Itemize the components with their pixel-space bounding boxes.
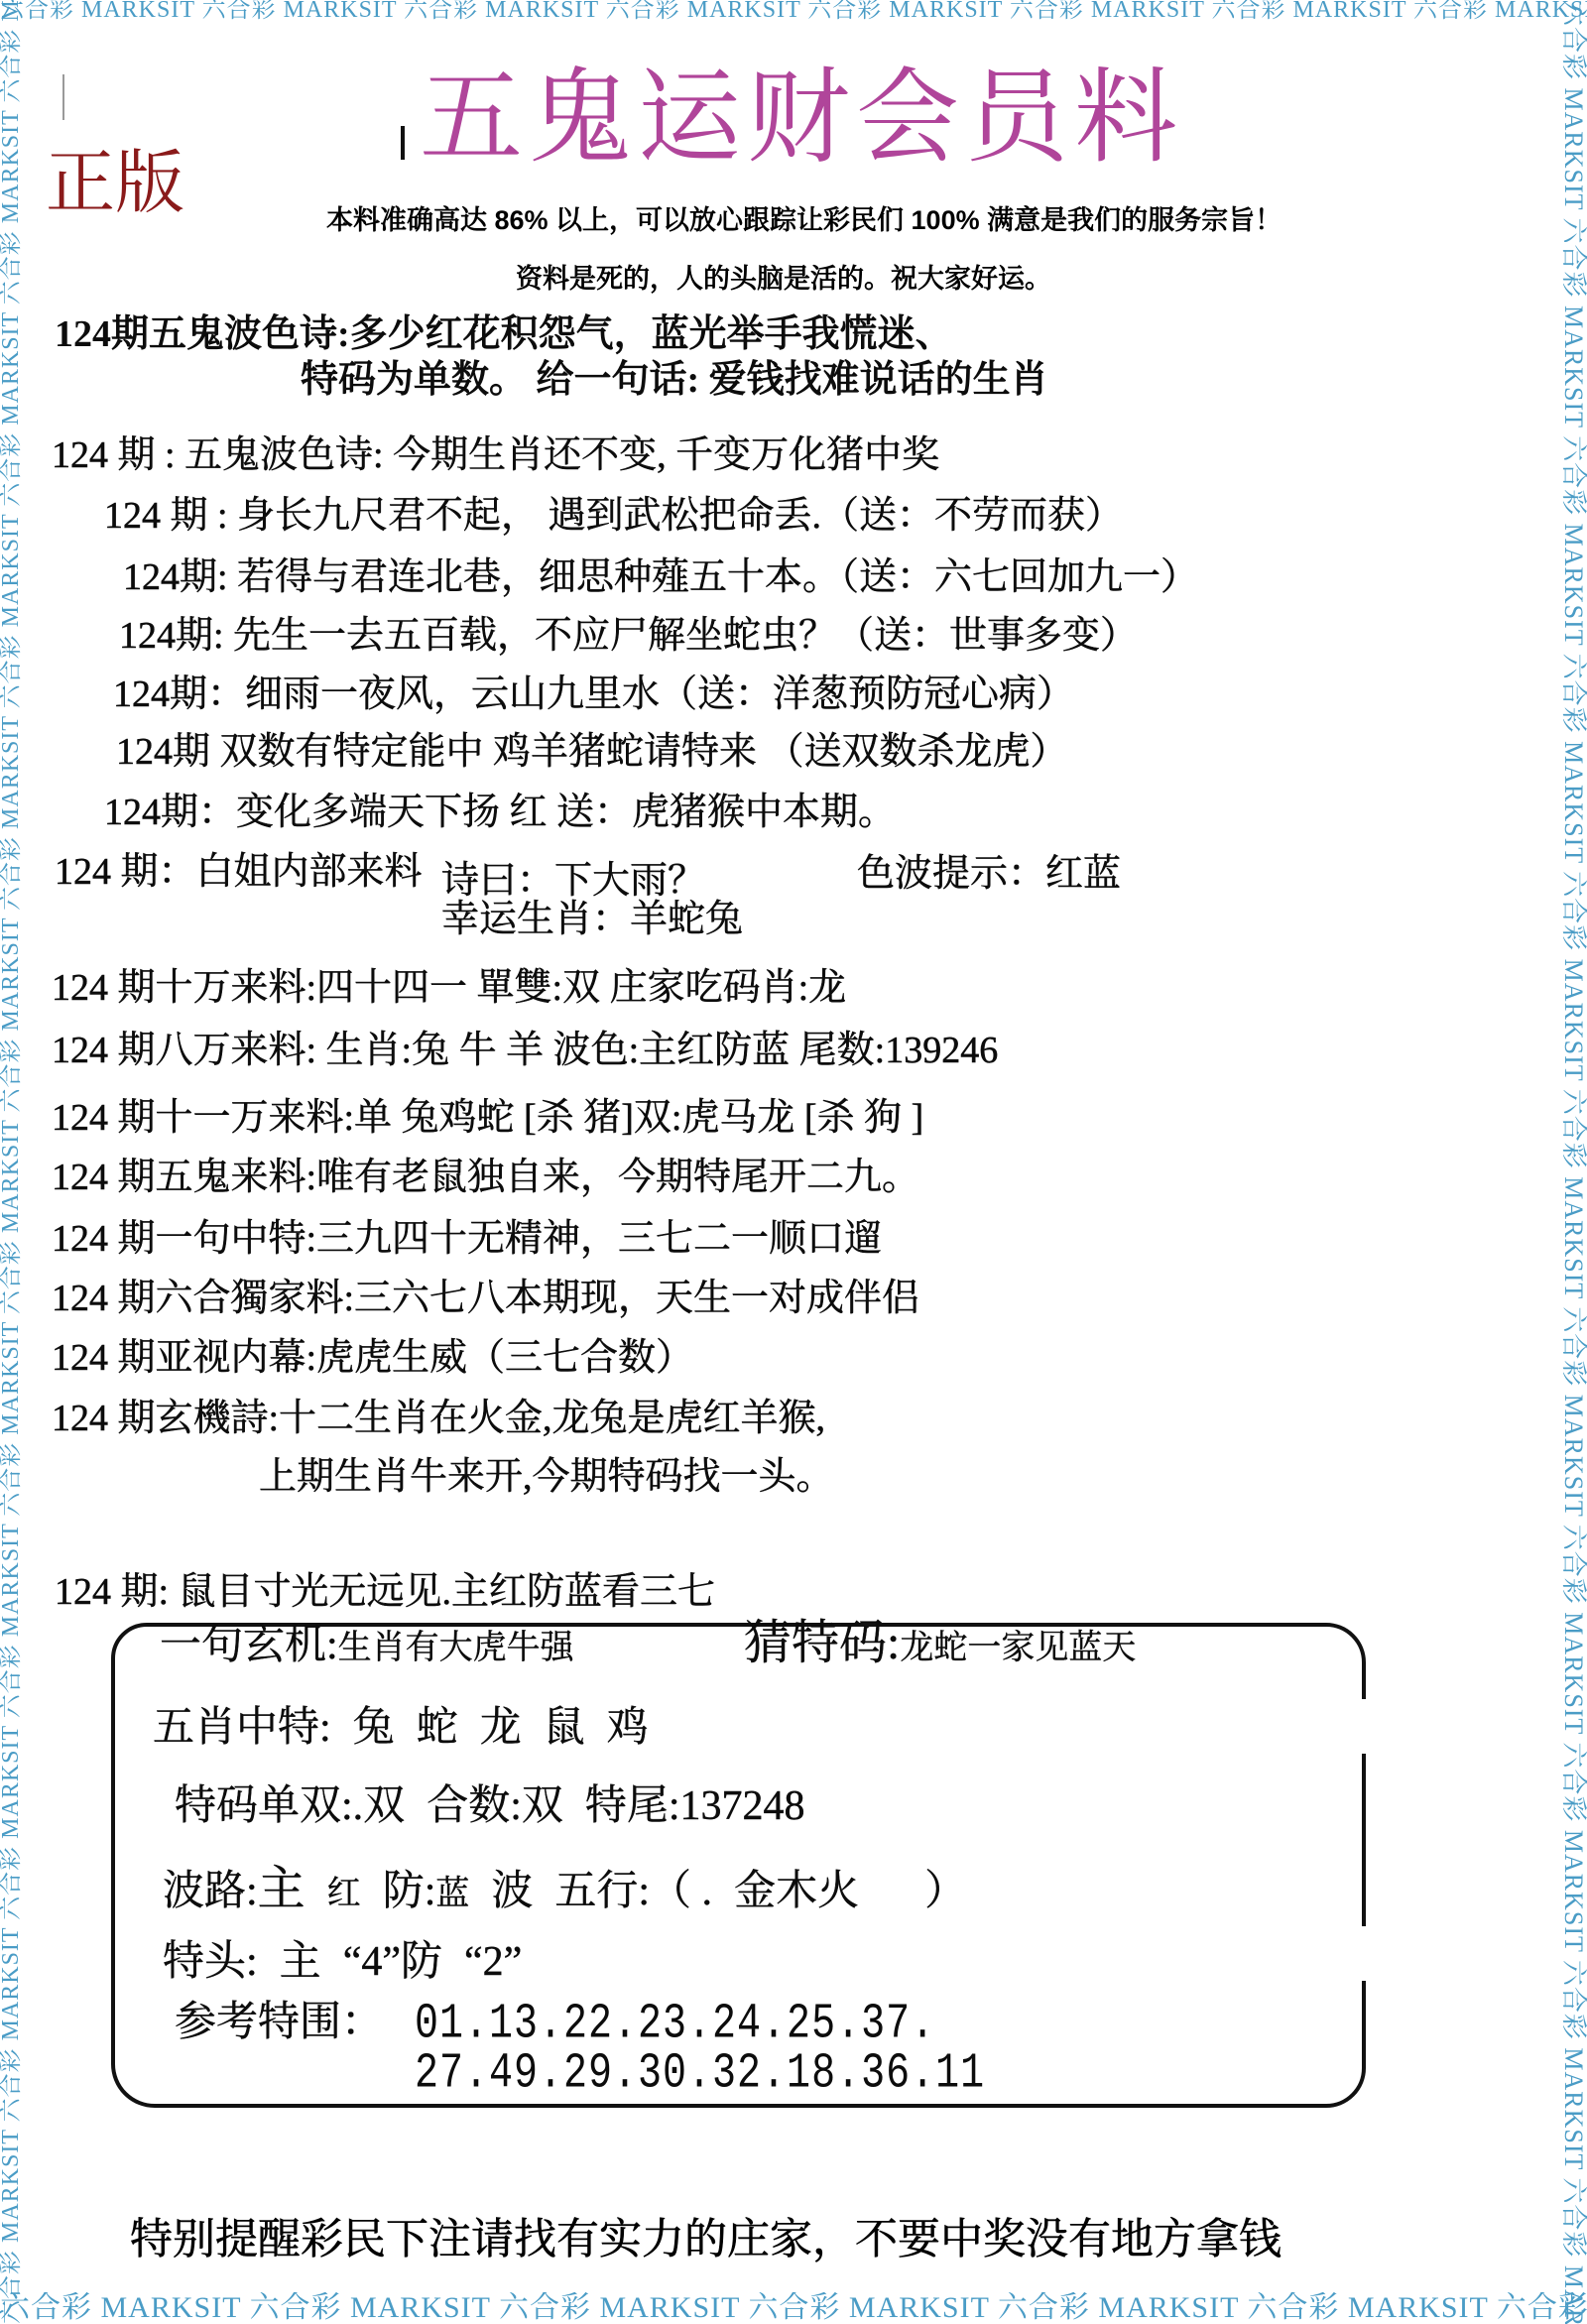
box-wave: 波路:主红防:蓝波五行:（ .金木火） [163,1865,966,1919]
entry-liuhe-exclusive: 124 期六合獨家料:三六七八本期现，天生一对成伴侣 [52,1277,919,1320]
watermark-border-bottom: 六合彩 MARKSIT 六合彩 MARKSIT 六合彩 MARKSIT 六合彩 … [0,2292,1587,2324]
zodiac-item: 龙 [480,1705,522,1751]
watermark-border-left: 六合彩 MARKSIT 六合彩 MARKSIT 六合彩 MARKSIT 六合彩 … [0,0,22,2324]
hint-value: 生肖有大虎牛强 [338,1630,574,1666]
entry-110k-source: 124 期十一万来料:单 兔鸡蛇 [杀 猪]双:虎马龙 [杀 狗 ] [52,1096,923,1140]
entry-baijie-source: 124 期：白姐内部来料 [55,850,423,894]
entry-mystery-poem: 124 期玄機詩:十二生肖在火金,龙兔是虎红羊猴, [52,1397,825,1440]
box-head: 特头:主“4”防“2” [163,1937,522,1987]
entry-one-sentence: 124 期一句中特:三九四十无精神，三七二一顺口遛 [52,1217,882,1261]
zodiac-item: 鸡 [607,1705,649,1751]
entry-wugui-poem-continuation: 特码为单数。 给一句话: 爱钱找难说话的生肖 [301,358,1048,402]
entry-80k-source: 124 期八万来料: 生肖:兔 牛 羊 波色:主红防蓝 尾数:139246 [52,1029,998,1072]
page-title: 五鬼运财会员料 [420,61,1183,177]
entry-riddle-3: 124期: 先生一去五百载，不应尸解坐蛇虫？（送：世事多变） [119,614,1138,658]
elements-value: 金木火 [734,1869,859,1914]
guess-label: 猜特码: [744,1617,900,1669]
entry-wugui-source: 124 期五鬼来料:唯有老鼠独自来，今期特尾开二九。 [52,1156,919,1199]
entry-riddle-6: 124期：变化多端天下扬 红 送：虎猪猴中本期。 [104,791,896,834]
wave-guard-label: 防: [383,1869,436,1914]
entry-wugui-poem: 124期五鬼波色诗:多少红花积怨气，蓝光举手我慌迷、 [55,312,953,356]
sum-value: 双 [522,1783,563,1829]
five-zodiac-label: 五肖中特: [153,1705,331,1751]
odd-even-label: 特码单双: [175,1783,353,1829]
wave-main-label: 主 [258,1863,305,1915]
box-border-gap [1359,1699,1371,1754]
wave-suffix: 波 [491,1869,533,1914]
sum-label: 合数: [427,1783,522,1829]
entry-riddle-2: 124期: 若得与君连北巷，细思种薤五十本。（送：六七回加九一） [123,555,1198,599]
head-label: 特头: [163,1939,258,1985]
hint-label: 一句玄机: [160,1623,338,1668]
elements-label: 五行: [554,1869,650,1914]
wave-label: 波路: [163,1869,258,1914]
box-five-zodiac: 五肖中特:兔蛇龙鼠鸡 [153,1703,649,1753]
entry-riddle-1: 124 期 : 身长九尺君不起， 遇到武松把命丢.（送：不劳而获） [104,494,1123,538]
watermark-border-top: 六合彩 MARKSIT 六合彩 MARKSIT 六合彩 MARKSIT 六合彩 … [0,0,1587,20]
entry-mystery-poem-continuation: 上期生肖牛来开,今期特码找一头。 [259,1455,834,1499]
elements-close: ） [924,1869,966,1914]
box-odd-even: 特码单双:.双合数:双特尾:137248 [175,1781,805,1831]
watermark-border-right: 六合彩 MARKSIT 六合彩 MARKSIT 六合彩 MARKSIT 六合彩 … [1559,0,1587,2324]
head-main-label: 主 [280,1939,321,1985]
box-reference-numbers-line-2: 27.49.29.30.32.18.36.11 [415,2045,985,2105]
entry-baijie-poem: 诗曰：下大雨？ [441,859,705,903]
head-main-value: “4” [343,1939,401,1985]
entry-color-poem: 124 期 : 五鬼波色诗: 今期生肖还不变, 千变万化猪中奖 [52,433,939,477]
entry-riddle-5: 124期 双数有特定能中 鸡羊猪蛇请特来 （送双数杀龙虎） [116,730,1068,774]
entry-baijie-color-hint: 色波提示：红蓝 [857,852,1121,896]
box-reference-label: 参考特围： [175,1998,383,2047]
poster-page: 六合彩 MARKSIT 六合彩 MARKSIT 六合彩 MARKSIT 六合彩 … [0,0,1587,2324]
box-hint: 一句玄机:生肖有大虎牛强 [160,1621,574,1673]
head-guard-value: “2” [464,1939,522,1985]
odd-even-value: .双 [353,1783,406,1829]
entry-atv-insider: 124 期亚视内幕:虎虎生威（三七合数） [52,1336,693,1380]
elements-open: （ . [650,1869,712,1914]
guess-value: 龙蛇一家见蓝天 [900,1630,1136,1666]
tail-label: 特尾: [585,1783,680,1829]
box-border-gap [1359,1926,1371,1981]
entry-riddle-4: 124期：细雨一夜风，云山九里水（送：洋葱预防冠心病） [113,673,1074,716]
head-guard-label: 防 [401,1939,442,1985]
zodiac-item: 鼠 [544,1705,585,1751]
decorative-rule [62,74,64,120]
entry-baijie-lucky-zodiac: 幸运生肖：羊蛇兔 [441,898,743,941]
box-guess: 猜特码:龙蛇一家见蓝天 [744,1619,1136,1673]
zodiac-item: 蛇 [417,1705,458,1751]
entry-rat-hint: 124 期: 鼠目寸光无远见.主红防蓝看三七 [55,1570,715,1614]
tagline-accuracy: 本料准确高达 86% 以上，可以放心跟踪让彩民们 100% 满意是我们的服务宗旨… [326,204,1282,236]
entry-100k-source: 124 期十万来料:四十四一 單雙:双 庄家吃码肖:龙 [52,966,846,1010]
zodiac-item: 兔 [353,1705,395,1751]
tagline-good-luck: 资料是死的，人的头脑是活的。祝大家好运。 [516,263,1051,295]
wave-guard-value: 蓝 [435,1876,469,1912]
footer-notice: 特别提醒彩民下注请找有实力的庄家，不要中奖没有地方拿钱 [130,2214,1282,2265]
title-marker-bar [401,126,405,160]
wave-main-value: 红 [327,1876,361,1912]
tail-value: 137248 [680,1783,805,1829]
edition-badge: 正版 [46,145,184,224]
